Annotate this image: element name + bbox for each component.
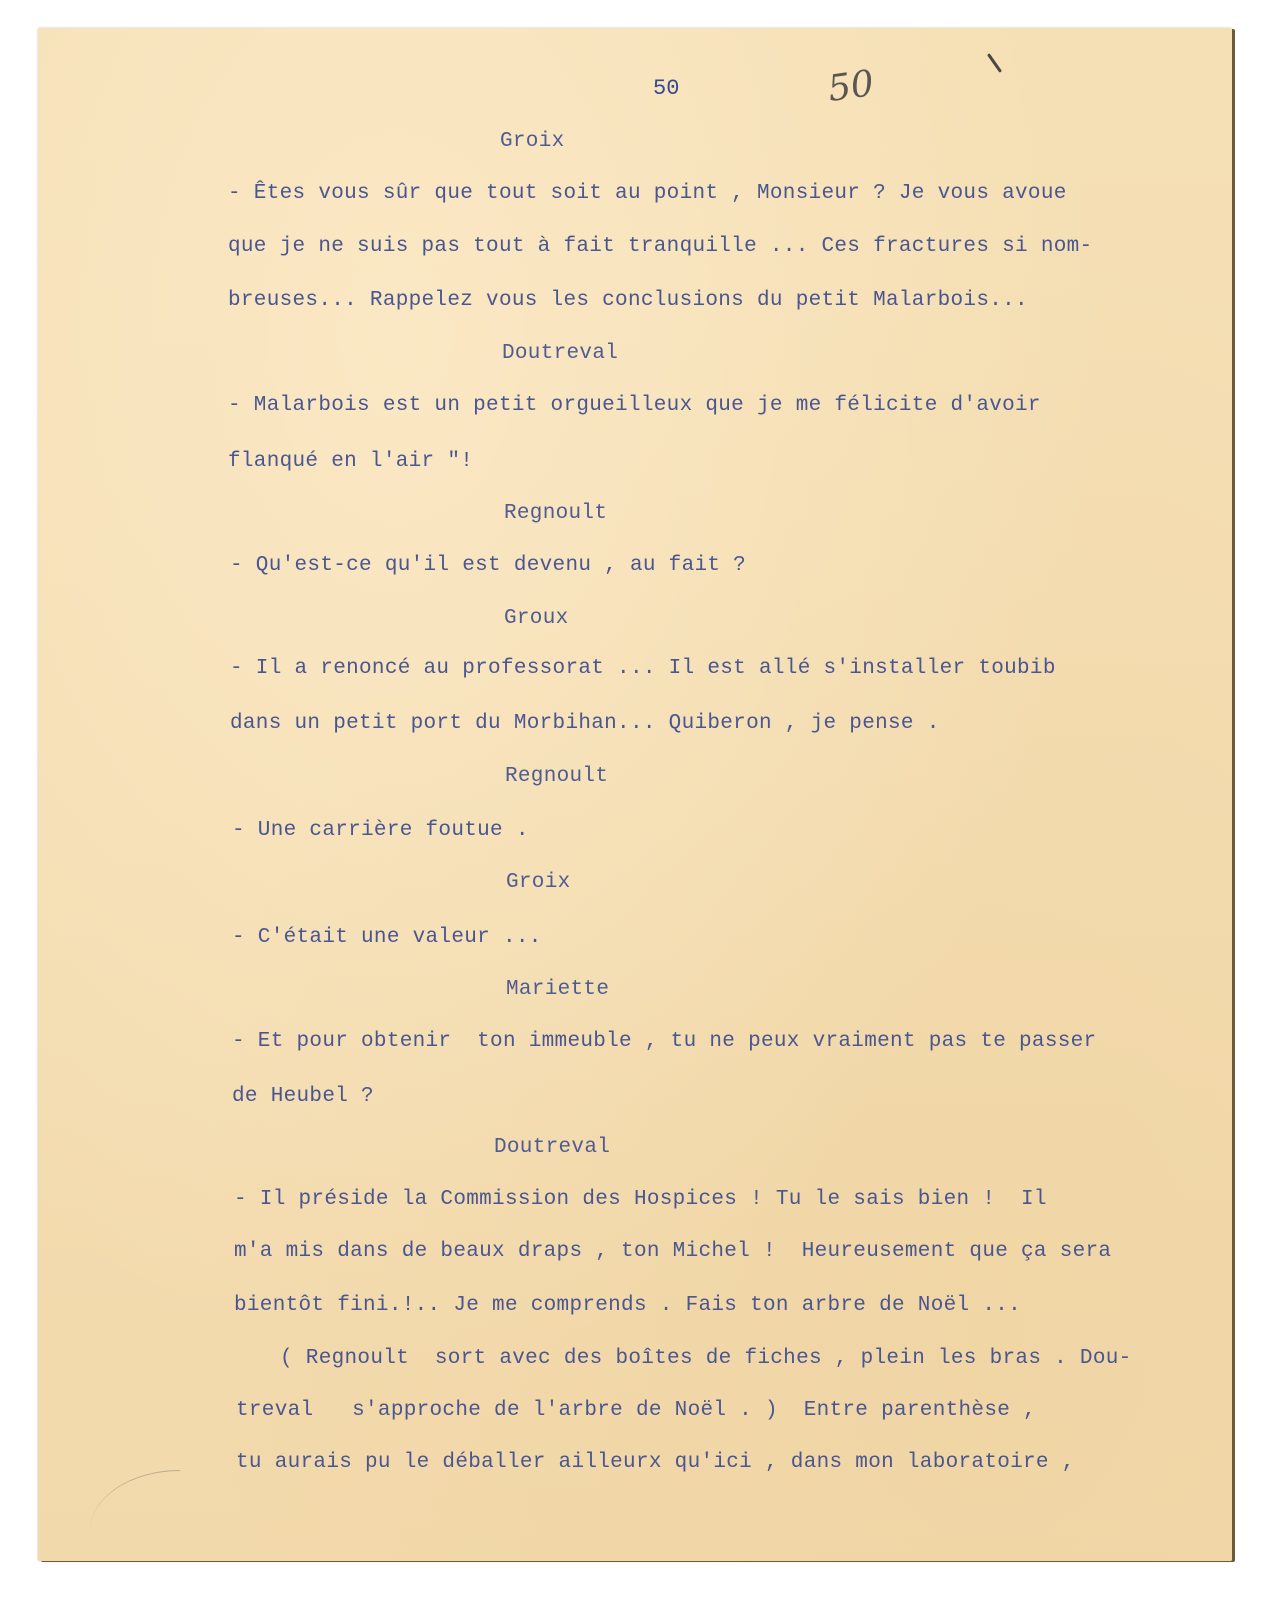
speaker-name: Groux — [504, 607, 569, 630]
dialogue-line: - Êtes vous sûr que tout soit au point ,… — [228, 182, 1067, 205]
dialogue-line: - Qu'est-ce qu'il est devenu , au fait ? — [230, 554, 746, 577]
stage-direction-line: ( Regnoult sort avec des boîtes de fiche… — [280, 1347, 1132, 1370]
speaker-name: Doutreval — [494, 1136, 610, 1159]
dialogue-line: breuses... Rappelez vous les conclusions… — [228, 289, 1028, 312]
dialogue-line: - Il a renoncé au professorat ... Il est… — [230, 657, 1056, 680]
dialogue-line: que je ne suis pas tout à fait tranquill… — [228, 235, 1092, 258]
dialogue-line: - Malarbois est un petit orgueilleux que… — [228, 394, 1041, 417]
dialogue-line: bientôt fini.!.. Je me comprends . Fais … — [234, 1294, 1021, 1317]
stage-direction-line: treval s'approche de l'arbre de Noël . )… — [236, 1399, 1036, 1422]
dialogue-line: - Une carrière foutue . — [232, 819, 529, 842]
dialogue-line: flanqué en l'air "! — [228, 450, 473, 473]
speaker-name: Doutreval — [502, 342, 618, 365]
dialogue-line: - Et pour obtenir ton immeuble , tu ne p… — [232, 1030, 1096, 1053]
dialogue-line: - C'était une valeur ... — [232, 926, 542, 949]
speaker-name: Regnoult — [505, 765, 608, 788]
speaker-name: Groix — [506, 871, 571, 894]
dialogue-line: - Il préside la Commission des Hospices … — [234, 1188, 1047, 1211]
dialogue-line: m'a mis dans de beaux draps , ton Michel… — [234, 1240, 1111, 1263]
speaker-name: Mariette — [506, 978, 609, 1001]
speaker-name: Regnoult — [504, 502, 607, 525]
speaker-name: Groix — [500, 130, 565, 153]
dialogue-line: tu aurais pu le déballer ailleurx qu'ici… — [236, 1451, 1075, 1474]
script-body: Groix - Êtes vous sûr que tout soit au p… — [0, 0, 1280, 1604]
dialogue-line: de Heubel ? — [232, 1085, 374, 1108]
dialogue-line: dans un petit port du Morbihan... Quiber… — [230, 712, 940, 735]
